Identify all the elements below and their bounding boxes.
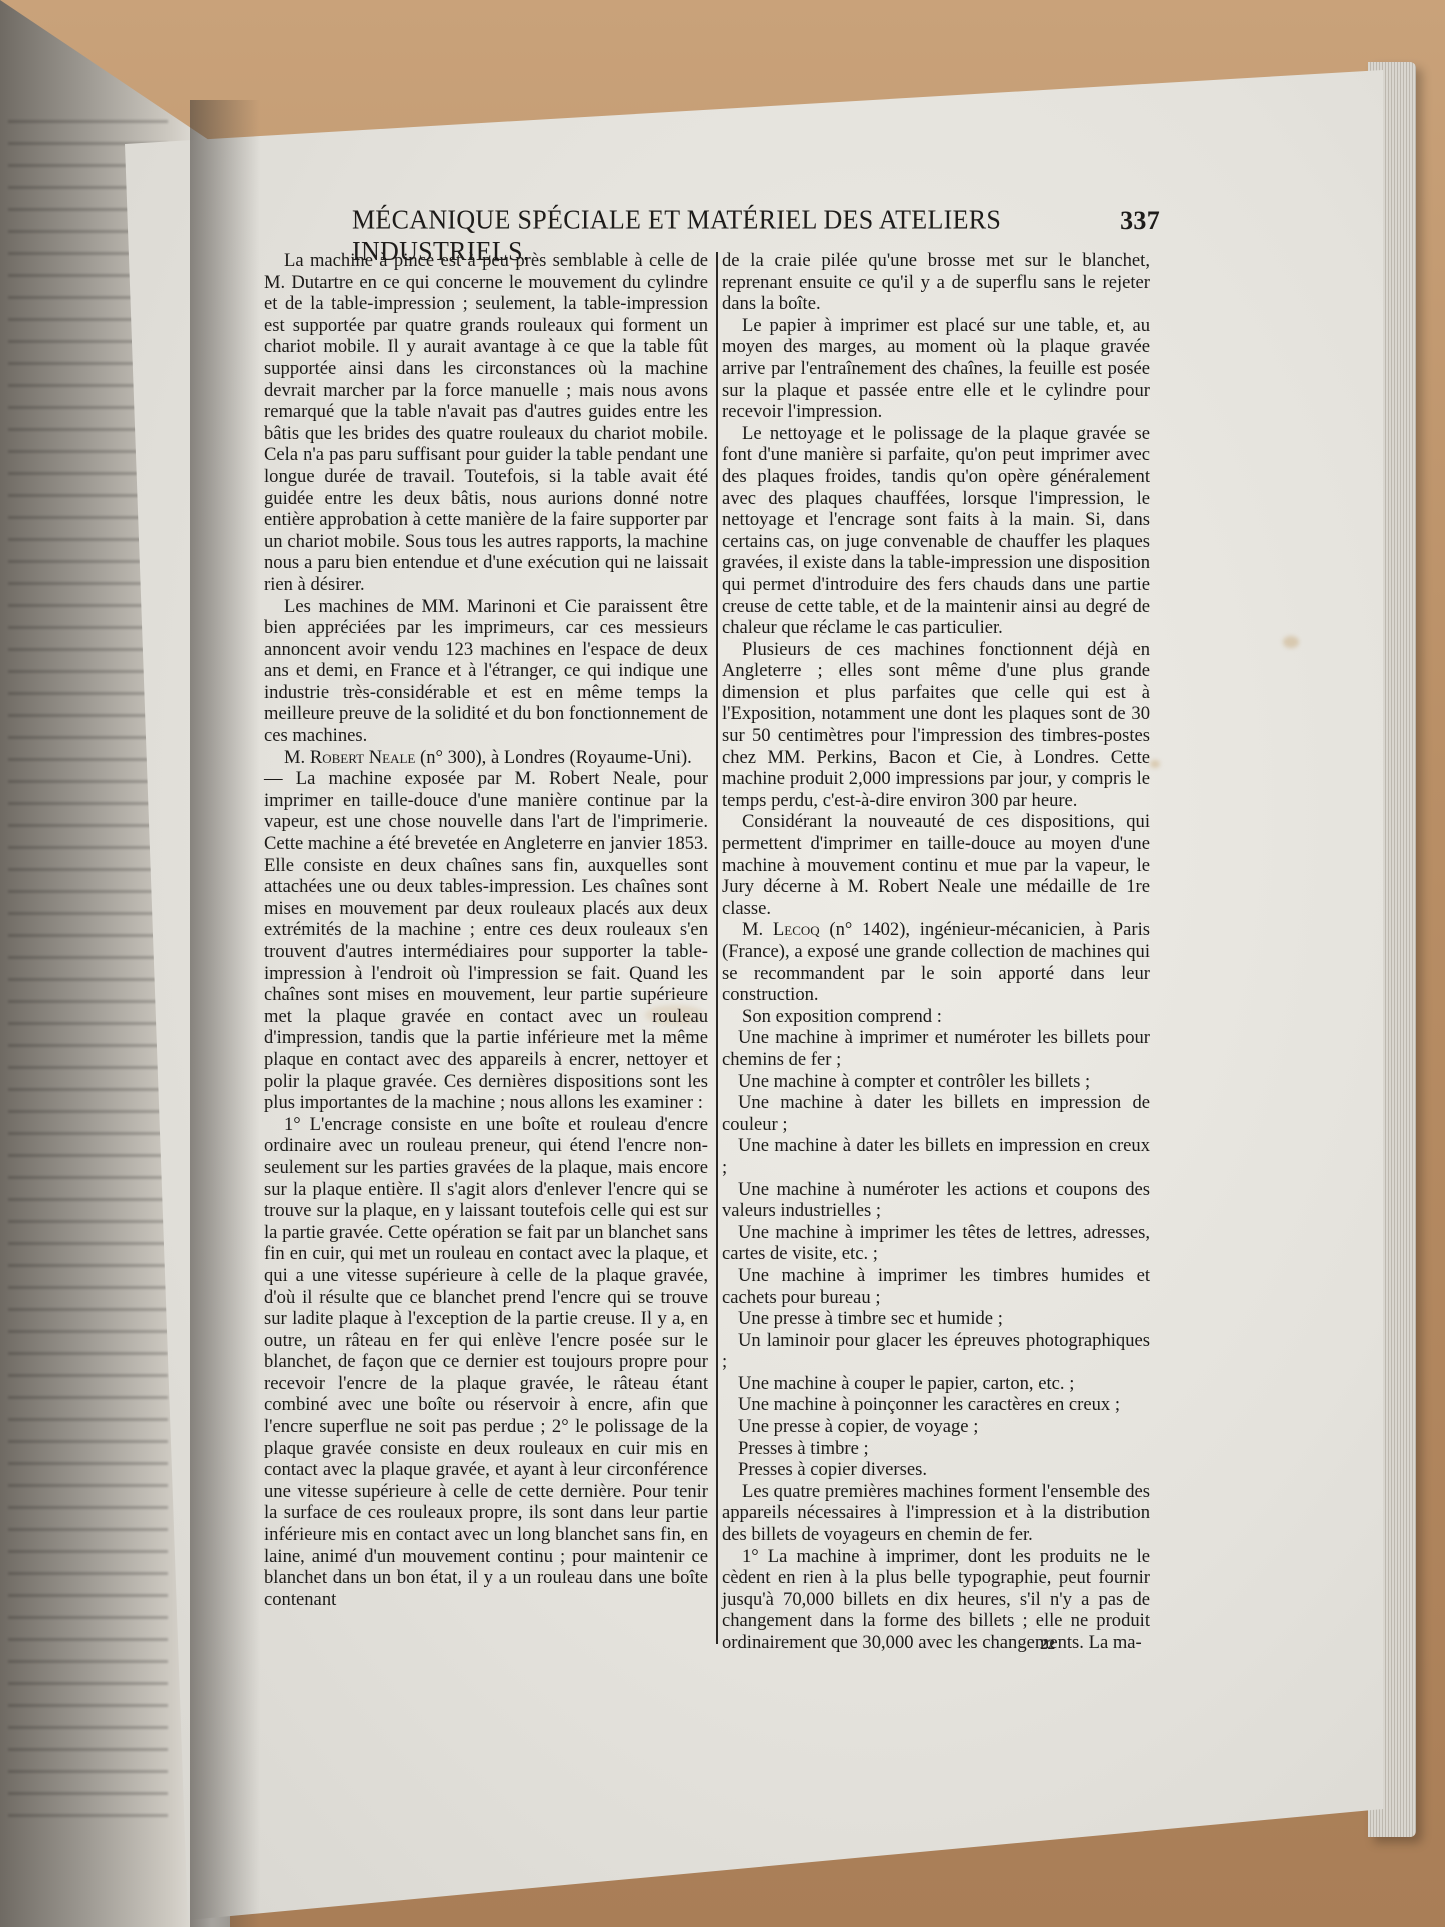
paragraph-machine-a-imprimer: 1° La machine à imprimer, dont les produ…	[722, 1546, 1150, 1654]
paragraph-nettoyage: Le nettoyage et le polissage de la plaqu…	[722, 423, 1150, 639]
exhibit-item: Une presse à timbre sec et humide ;	[722, 1308, 1150, 1330]
exhibit-item: Presses à copier diverses.	[722, 1459, 1150, 1481]
exhibit-item: Une machine à compter et contrôler les b…	[722, 1071, 1150, 1093]
exhibit-item: Une machine à poinçonner les caractères …	[722, 1394, 1150, 1416]
paragraph-plusieurs: Plusieurs de ces machines fonctionnent d…	[722, 639, 1150, 812]
left-column: La machine à pince est à peu près sembla…	[264, 250, 708, 1610]
exhibit-item: Une machine à couper le papier, carton, …	[722, 1373, 1150, 1395]
exhibit-item: Une machine à dater les billets en impre…	[722, 1092, 1150, 1135]
right-column: de la craie pilée qu'une brosse met sur …	[722, 250, 1150, 1654]
column-rule	[716, 252, 718, 1644]
exhibit-item: Un laminoir pour glacer les épreuves pho…	[722, 1330, 1150, 1373]
exhibit-item: Une presse à copier, de voyage ;	[722, 1416, 1150, 1438]
entry-heading-robert-neale: M. Robert Neale (n° 300), à Londres (Roy…	[264, 747, 708, 769]
exhibitor-name: Lecoq	[773, 919, 820, 940]
paragraph-marinoni: Les machines de MM. Marinoni et Cie para…	[264, 596, 708, 747]
exhibitor-name: Robert Neale	[310, 747, 416, 768]
exhibit-item: Une machine à numéroter les actions et c…	[722, 1179, 1150, 1222]
paragraph-quatre-premieres: Les quatre premières machines forment l'…	[722, 1481, 1150, 1546]
paragraph-machine-a-pince: La machine à pince est à peu près sembla…	[264, 250, 708, 596]
exhibit-item: Une machine à dater les billets en impre…	[722, 1135, 1150, 1178]
exhibit-item: Une machine à imprimer et numéroter les …	[722, 1027, 1150, 1070]
page-content: MÉCANIQUE SPÉCIALE ET MATÉRIEL DES ATELI…	[0, 0, 1445, 1927]
exhibit-item: Une machine à imprimer les têtes de lett…	[722, 1222, 1150, 1265]
signature-mark: 22	[1040, 1637, 1055, 1654]
paragraph-papier: Le papier à imprimer est placé sur une t…	[722, 315, 1150, 423]
exhibit-item: Presses à timbre ;	[722, 1438, 1150, 1460]
entry-heading-lecoq: M. Lecoq (n° 1402), ingénieur-mécanicien…	[722, 919, 1150, 1005]
exposition-intro: Son exposition comprend :	[722, 1006, 1150, 1028]
paragraph-encrage: 1° L'encrage consiste en une boîte et ro…	[264, 1114, 708, 1611]
paragraph-jury-decision: Considérant la nouveauté de ces disposit…	[722, 811, 1150, 919]
page-number: 337	[1120, 206, 1160, 236]
paragraph-neale-machine: — La machine exposée par M. Robert Neale…	[264, 768, 708, 1114]
exhibit-item: Une machine à imprimer les timbres humid…	[722, 1265, 1150, 1308]
paragraph-continuation: de la craie pilée qu'une brosse met sur …	[722, 250, 1150, 315]
